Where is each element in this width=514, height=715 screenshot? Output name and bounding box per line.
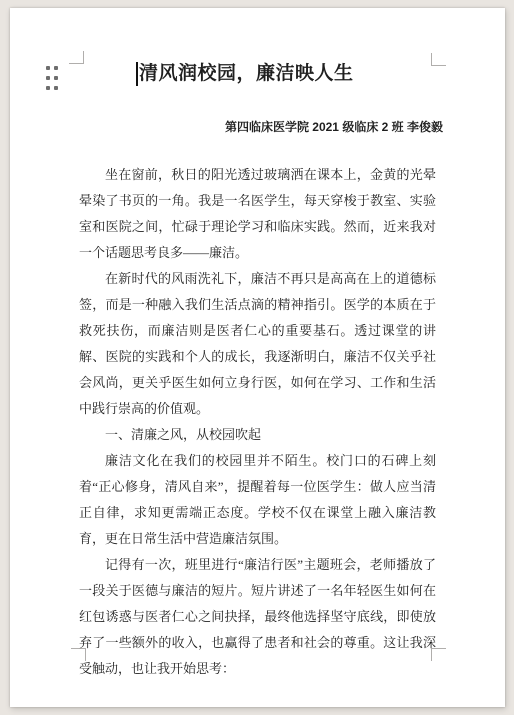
drag-dot [46,86,50,90]
drag-dot [46,76,50,80]
section-heading[interactable]: 一、清廉之风，从校园吹起 [79,422,436,448]
paragraph-campus-culture[interactable]: 廉洁文化在我们的校园里并不陌生。校门口的石碑上刻着“正心修身，清风自来”，提醒着… [79,448,436,552]
drag-dot [54,86,58,90]
block-drag-handle-icon[interactable] [46,66,58,90]
margin-mark-top-left-icon [69,51,84,64]
drag-dot [46,66,50,70]
paragraph-context[interactable]: 在新时代的风雨洗礼下，廉洁不再只是高高在上的道德标签，而是一种融入我们生活点滴的… [79,266,436,422]
document-page[interactable]: 清风润校园，廉洁映人生 第四临床医学院 2021 级临床 2 班 李俊毅 坐在窗… [10,8,505,707]
document-body[interactable]: 坐在窗前，秋日的阳光透过玻璃洒在课本上，金黄的光晕晕染了书页的一角。我是一名医学… [79,162,436,682]
drag-dot [54,66,58,70]
text-cursor-icon [136,62,138,86]
paragraph-intro[interactable]: 坐在窗前，秋日的阳光透过玻璃洒在课本上，金黄的光晕晕染了书页的一角。我是一名医学… [79,162,436,266]
author-byline[interactable]: 第四临床医学院 2021 级临床 2 班 李俊毅 [79,118,443,135]
paragraph-class-meeting[interactable]: 记得有一次，班里进行“廉洁行医”主题班会，老师播放了一段关于医德与廉洁的短片。短… [79,552,436,682]
document-title[interactable]: 清风润校园，廉洁映人生 [139,58,354,85]
drag-dot [54,76,58,80]
margin-mark-top-right-icon [431,53,446,66]
